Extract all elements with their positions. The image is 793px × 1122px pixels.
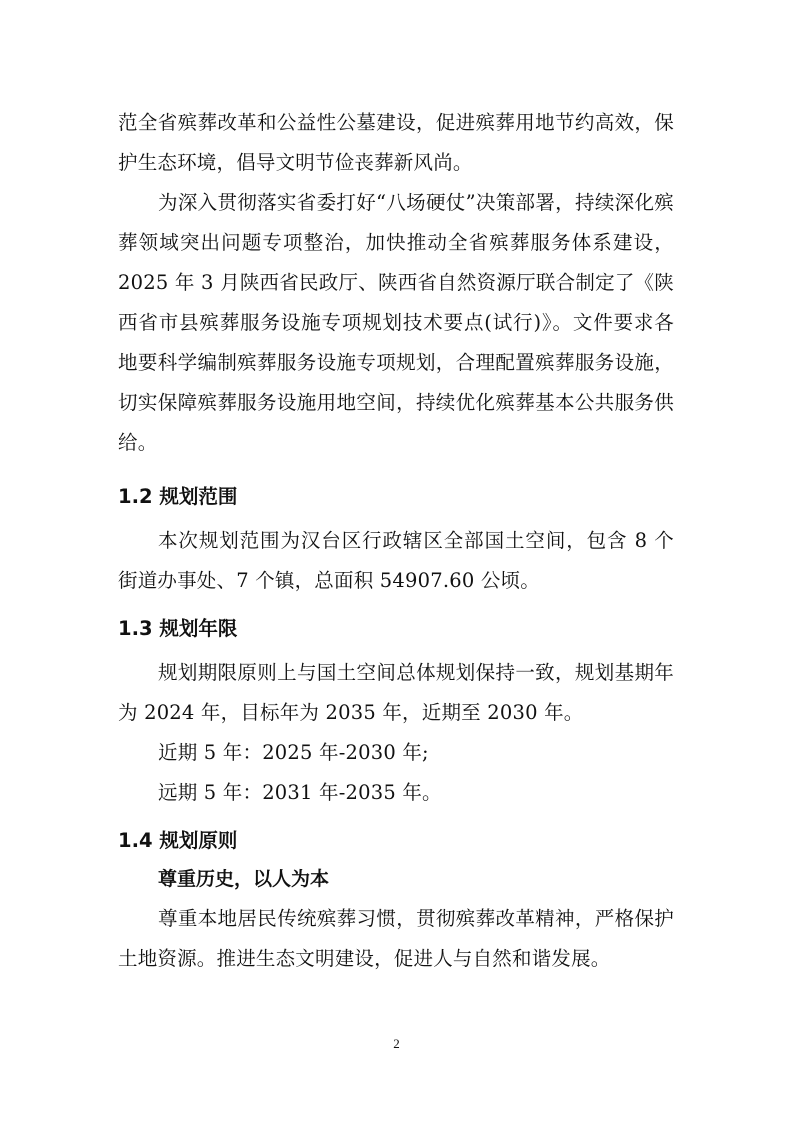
long-term-line: 远期 5 年：2031 年-2035 年。 bbox=[118, 773, 674, 813]
section-heading-scope: 1.2 规划范围 bbox=[118, 483, 674, 511]
near-term-line: 近期 5 年：2025 年-2030 年; bbox=[118, 733, 674, 773]
intro-continuation-paragraph: 范全省殡葬改革和公益性公墓建设，促进殡葬用地节约高效，保护生态环境，倡导文明节俭… bbox=[118, 103, 674, 183]
section-heading-period: 1.3 规划年限 bbox=[118, 615, 674, 643]
scope-paragraph: 本次规划范围为汉台区行政辖区全部国土空间，包含 8 个街道办事处、7 个镇，总面… bbox=[118, 521, 674, 601]
principle-subheading: 尊重历史，以人为本 bbox=[118, 859, 674, 899]
page-number: 2 bbox=[0, 1036, 793, 1052]
principle-paragraph: 尊重本地居民传统殡葬习惯，贯彻殡葬改革精神，严格保护土地资源。推进生态文明建设，… bbox=[118, 899, 674, 979]
page-content: 范全省殡葬改革和公益性公墓建设，促进殡葬用地节约高效，保护生态环境，倡导文明节俭… bbox=[118, 103, 674, 979]
period-paragraph: 规划期限原则上与国土空间总体规划保持一致，规划基期年为 2024 年，目标年为 … bbox=[118, 653, 674, 733]
background-paragraph: 为深入贯彻落实省委打好“八场硬仗”决策部署，持续深化殡葬领域突出问题专项整治，加… bbox=[118, 183, 674, 463]
document-page: 范全省殡葬改革和公益性公墓建设，促进殡葬用地节约高效，保护生态环境，倡导文明节俭… bbox=[0, 0, 793, 1122]
section-heading-principles: 1.4 规划原则 bbox=[118, 827, 674, 855]
